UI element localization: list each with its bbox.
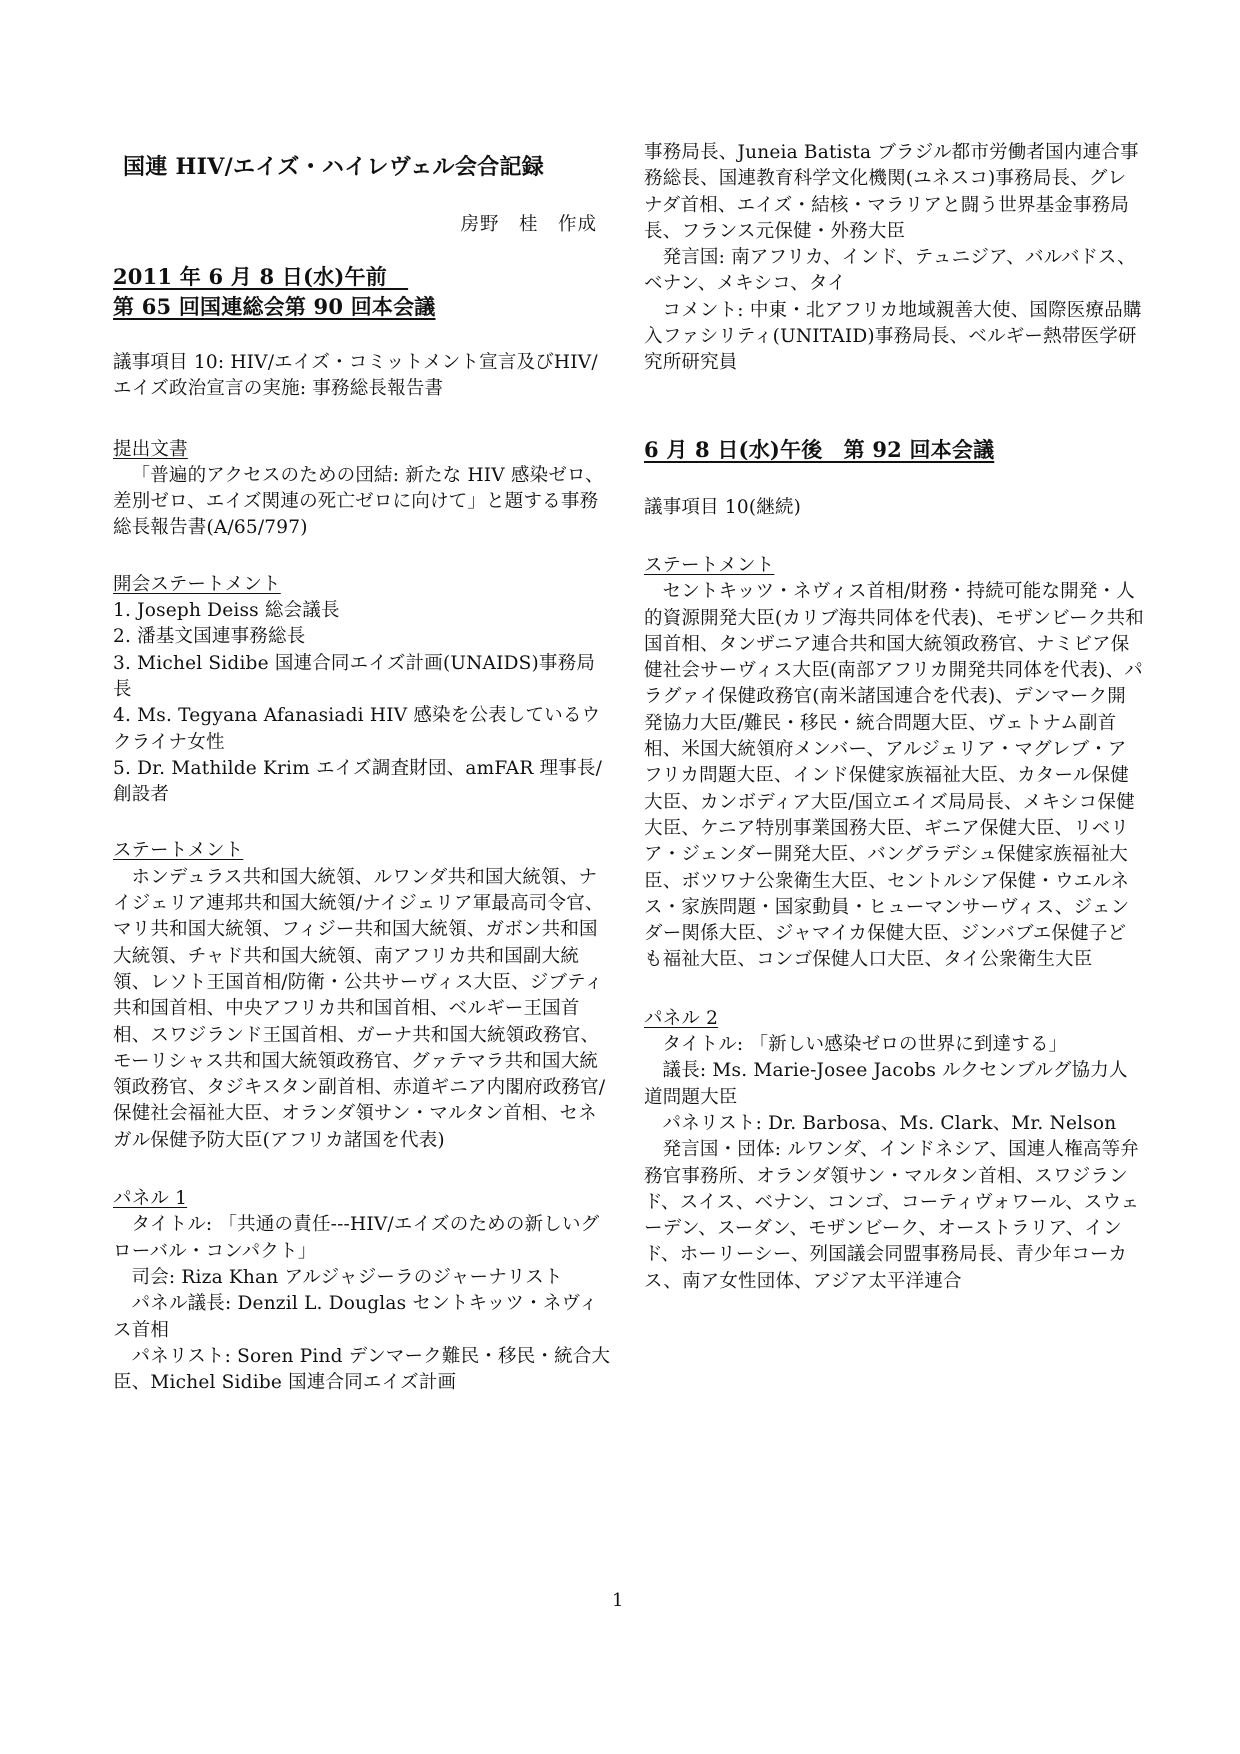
session2-agenda-item: 議事項目 10(継続) [644, 495, 1144, 521]
statements-text: ホンデュラス共和国大統領、ルワンダ共和国大統領、ナイジェリア連邦共和国大統領/ナ… [113, 865, 613, 1154]
session2-statements-label: ステートメント [644, 555, 774, 576]
panel1-chair: パネル議長: Denzil L. Douglas セントキッツ・ネヴィス首相 [113, 1291, 613, 1344]
opening-statement-item: 2. 潘基文国連事務総長 [113, 624, 613, 650]
panel2-chair: 議長: Ms. Marie-Josee Jacobs ルクセンブルグ協力人道問題… [644, 1058, 1144, 1111]
opening-statements-section: 開会ステートメント 1. Joseph Deiss 総会議長 2. 潘基文国連事… [113, 572, 613, 809]
panel1-section: パネル 1 タイトル: 「共通の責任---HIV/エイズのための新しいグローバル… [113, 1186, 613, 1396]
page-number: 1 [612, 1590, 623, 1611]
panel2-section: パネル 2 タイトル: 「新しい感染ゼロの世界に到達する」 議長: Ms. Ma… [644, 1006, 1144, 1295]
panel1-panelists-part2: 事務局長、Juneia Batista ブラジル都市労働者国内連合事務総長、国連… [644, 140, 1144, 245]
panel2-title: タイトル: 「新しい感染ゼロの世界に到達する」 [644, 1032, 1144, 1058]
right-column: 事務局長、Juneia Batista ブラジル都市労働者国内連合事務総長、国連… [644, 140, 1144, 1295]
statements-label: ステートメント [113, 840, 243, 861]
panel1-speakers: 発言国: 南アフリカ、インド、テュニジア、バルバドス、ベナン、メキシコ、タイ [644, 245, 1144, 298]
session2-statements-section: ステートメント セントキッツ・ネヴィス首相/財務・持続可能な開発・人的資源開発大… [644, 553, 1144, 974]
left-column: 2011 年 6 月 8 日(水)午前 第 65 回国連総会第 90 回本会議 … [113, 262, 613, 1396]
document-author: 房野 桂 作成 [460, 210, 597, 236]
opening-statement-item: 4. Ms. Tegyana Afanasiadi HIV 感染を公表しているウ… [113, 703, 613, 756]
session1-heading-meeting: 第 65 回国連総会第 90 回本会議 [113, 292, 613, 322]
panel1-moderator: 司会: Riza Khan アルジャジーラのジャーナリスト [113, 1265, 613, 1291]
session2-statements-text: セントキッツ・ネヴィス首相/財務・持続可能な開発・人的資源開発大臣(カリブ海共同… [644, 579, 1144, 973]
panel1-label: パネル 1 [113, 1188, 187, 1209]
submitted-documents-text: 「普遍的アクセスのための団結: 新たな HIV 感染ゼロ、差別ゼロ、エイズ関連の… [113, 463, 613, 542]
panel2-panelists: パネリスト: Dr. Barbosa、Ms. Clark、Mr. Nelson [644, 1111, 1144, 1137]
panel1-panelists-part1: パネリスト: Soren Pind デンマーク難民・移民・統合大臣、Michel… [113, 1344, 613, 1397]
document-title: 国連 HIV/エイズ・ハイレヴェル会合記録 [123, 150, 544, 181]
opening-statement-item: 3. Michel Sidibe 国連合同エイズ計画(UNAIDS)事務局長 [113, 651, 613, 704]
panel1-comments: コメント: 中東・北アフリカ地域親善大使、国際医療品購入ファシリティ(UNITA… [644, 298, 1144, 377]
panel1-title: タイトル: 「共通の責任---HIV/エイズのための新しいグローバル・コンパクト… [113, 1212, 613, 1265]
submitted-documents-label: 提出文書 [113, 439, 188, 460]
panel2-label: パネル 2 [644, 1008, 718, 1029]
session2-heading: 6 月 8 日(水)午後 第 92 回本会議 [644, 435, 1144, 465]
session1-agenda-item: 議事項目 10: HIV/エイズ・コミットメント宣言及びHIV/エイズ政治宣言の… [113, 350, 613, 403]
opening-statement-item: 1. Joseph Deiss 総会議長 [113, 598, 613, 624]
statements-section: ステートメント ホンデュラス共和国大統領、ルワンダ共和国大統領、ナイジェリア連邦… [113, 838, 613, 1154]
opening-statements-label: 開会ステートメント [113, 574, 281, 595]
submitted-documents-section: 提出文書 「普遍的アクセスのための団結: 新たな HIV 感染ゼロ、差別ゼロ、エ… [113, 437, 613, 542]
session1-heading-date: 2011 年 6 月 8 日(水)午前 [113, 262, 613, 292]
opening-statement-item: 5. Dr. Mathilde Krim エイズ調査財団、amFAR 理事長/創… [113, 756, 613, 809]
panel2-speakers: 発言国・団体: ルワンダ、インドネシア、国連人権高等弁務官事務所、オランダ領サン… [644, 1137, 1144, 1295]
